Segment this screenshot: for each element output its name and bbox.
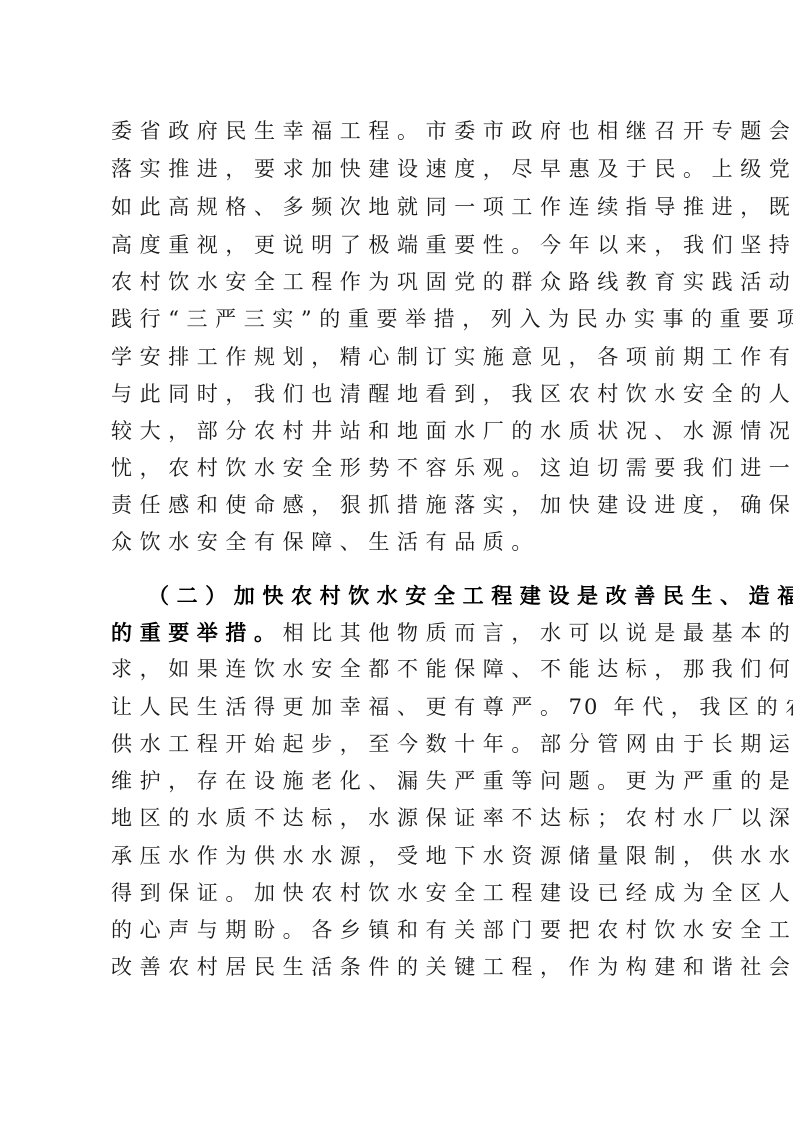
paragraph-line: 维护，存在设施老化、漏失严重等问题。更为严重的是，一些 [111,763,691,800]
document-page: 委省政府民生幸福工程。市委市政府也相继召开专题会议进行 落实推进，要求加快建设速… [0,0,793,1122]
paragraph-line: 与此同时，我们也清醒地看到，我区农村饮水安全的人口规模 [111,376,691,413]
paragraph-text: 年代，我区的农村饮水 [614,695,793,719]
paragraph-text: 相比其他物质而言，水可以说是最基本的生活需 [283,621,793,645]
paragraph-line: 学安排工作规划，精心制订实施意见，各项前期工作有序推进。 [111,339,691,376]
paragraph-line: 农村饮水安全工程作为巩固党的群众路线教育实践活动成果、 [111,264,691,301]
paragraph-line: 如此高规格、多频次地就同一项工作连续指导推进，既体现了 [111,189,691,226]
paragraph-line: 得到保证。加快农村饮水安全工程建设已经成为全区人民共同 [111,875,691,912]
paragraph-line: 责任感和使命感，狠抓措施落实，加快建设进度，确保农村群 [111,487,691,524]
paragraph-line: 众饮水安全有保障、生活有品质。 [111,524,691,561]
section-heading-end: 的重要举措。 [111,620,283,645]
paragraph-line: 落实推进，要求加快建设速度，尽早惠及于民。上级党委政府 [111,151,691,188]
paragraph-line: 的心声与期盼。各乡镇和有关部门要把农村饮水安全工程作为 [111,912,691,949]
paragraph-line: 改善农村居民生活条件的关键工程，作为构建和谐社会的基础 [111,949,691,986]
paragraph-line: 委省政府民生幸福工程。市委市政府也相继召开专题会议进行 [111,113,691,150]
section-heading: （二）加快农村饮水安全工程建设是改善民生、造福百姓 [148,583,793,608]
paragraph-line: 求，如果连饮水安全都不能保障、不能达标，那我们何以谈起 [111,651,691,688]
paragraph-line: 地区的水质不达标，水源保证率不达标；农村水厂以深层地下 [111,800,691,837]
paragraph-line: 较大，部分农村井站和地面水厂的水质状况、水源情况令人担 [111,413,691,450]
year-number: 70 [569,695,600,719]
paragraph-line: 承压水作为供水水源，受地下水资源储量限制，供水水源难于 [111,838,691,875]
paragraph-line: 供水工程开始起步，至今数十年。部分管网由于长期运行缺少 [111,726,691,763]
paragraph-line: 高度重视，更说明了极端重要性。今年以来，我们坚持把做好 [111,227,691,264]
paragraph-line: 忧，农村饮水安全形势不容乐观。这迫切需要我们进一步增强 [111,450,691,487]
paragraph-text: 让人民生活得更加幸福、更有尊严。 [111,695,569,719]
paragraph-line: 践行“三严三实”的重要举措，列入为民办实事的重要项目，科 [111,301,691,338]
section-heading-line: （二）加快农村饮水安全工程建设是改善民生、造福百姓 [148,577,728,614]
paragraph-line: 让人民生活得更加幸福、更有尊严。70 年代，我区的农村饮水 [111,689,691,726]
paragraph-line: 的重要举措。相比其他物质而言，水可以说是最基本的生活需 [111,614,691,651]
